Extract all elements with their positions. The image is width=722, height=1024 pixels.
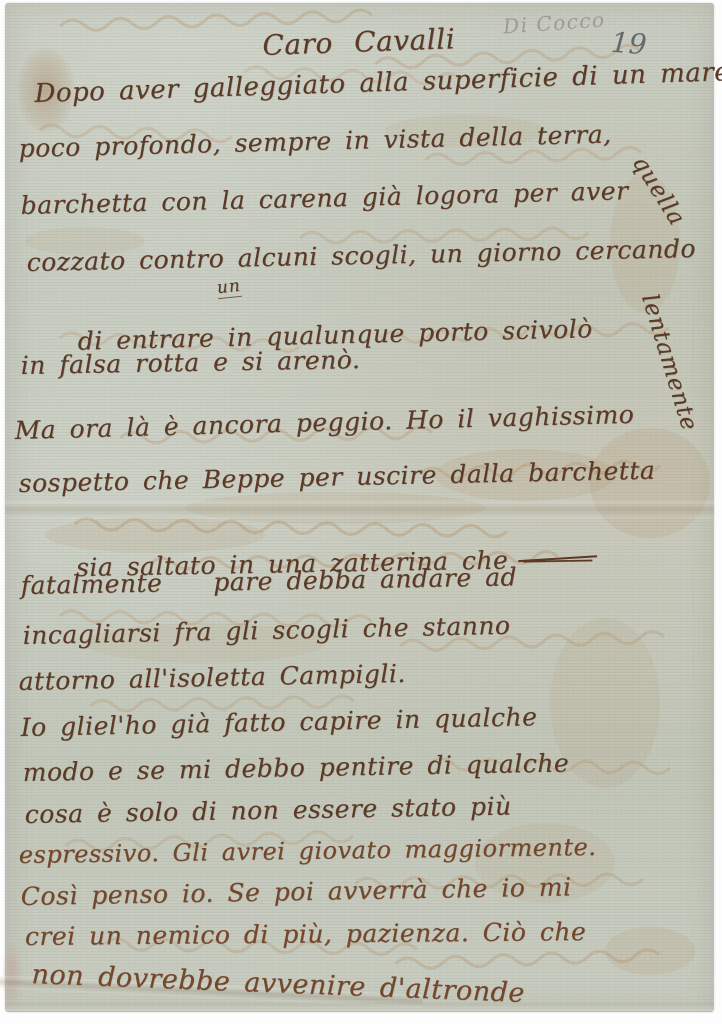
letter-page: Di Cocco 19 Caro Cavalli Dopo aver galle… (5, 3, 714, 1012)
letter-line: attorno all'isoletta Campigli. (18, 659, 406, 696)
letter-line: espressivo. Gli avrei giovato maggiormen… (19, 833, 597, 869)
letter-line: Così penso io. Se poi avverrà che io mi (20, 872, 571, 911)
letter-line: Io gliel'ho già fatto capire in qualche (20, 702, 537, 742)
letter-line: poco profondo, sempre in vista della ter… (18, 120, 612, 163)
fold-crease (5, 1003, 714, 1011)
margin-note: lentamente (636, 291, 702, 434)
margin-note: quella (627, 151, 690, 231)
letter-line: barchetta con la carena già logora per a… (20, 176, 629, 220)
letter-line: cosa è solo di non essere stato più (24, 792, 511, 829)
bleed-blob (605, 927, 695, 975)
fold-crease (5, 501, 714, 519)
letter-line: crei un nemico di più, pazienza. Ciò che (25, 917, 587, 951)
page-number-annotation: 19 (610, 26, 648, 61)
letter-line: in falsa rotta e si arenò. (20, 345, 360, 380)
salutation: Caro Cavalli (262, 22, 456, 62)
letter-line: modo e se mi debbo pentire di qualche (22, 748, 569, 787)
struck-word: ——— (522, 544, 591, 574)
letter-line: incagliarsi fra gli scogli che stanno (22, 611, 510, 650)
letter-line: non dovrebbe avvenire d'altronde (31, 959, 525, 1009)
letter-line: Ma ora là è ancora peggio. Ho il vaghiss… (14, 400, 634, 445)
paper-stain (1, 939, 23, 1009)
inserted-word: un (216, 276, 242, 299)
letter-line: cozzato contro alcuni scogli, un giorno … (26, 234, 696, 277)
bleed-squiggle (395, 949, 659, 969)
letter-line: sospetto che Beppe per uscire dalla barc… (18, 456, 655, 498)
letter-line: Dopo aver galleggiato alla superficie di… (34, 57, 722, 109)
pencil-annotation: Di Cocco (502, 7, 606, 38)
